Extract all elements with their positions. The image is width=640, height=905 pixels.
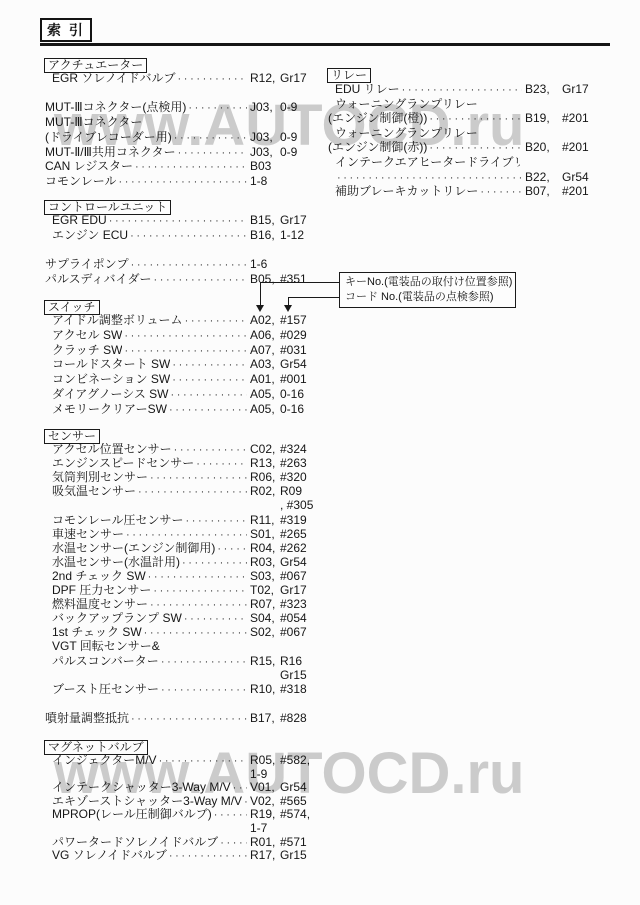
entry-label: バックアップランプ SW	[40, 612, 182, 625]
entry-key: R12,	[250, 72, 280, 85]
entry-code: 0-9	[280, 101, 322, 114]
entry-code: #323	[280, 598, 322, 611]
entry-code: Gr17	[280, 584, 322, 597]
entry-key: A02,	[250, 314, 280, 327]
entry-code: #067	[280, 570, 322, 583]
index-row: アクセル SWA06,#029	[40, 329, 322, 342]
index-row: 2nd チェック SWS03,#067	[40, 570, 322, 583]
entry-key: R02,	[250, 485, 280, 498]
index-row: エキゾーストシャッター3-Way M/VV02,#565	[40, 795, 322, 808]
leader-dots	[135, 161, 247, 173]
entry-key: A05,	[250, 388, 280, 401]
entry-key: B22,	[525, 171, 562, 184]
entry-code: #031	[280, 344, 322, 357]
entry-code: Gr17	[562, 83, 595, 96]
section-title: コントロールユニット	[44, 200, 171, 215]
leader-dots	[159, 755, 247, 767]
arrow-down-icon	[256, 305, 264, 312]
index-row: EGR ソレノイドバルブR12,Gr17	[40, 72, 322, 85]
leader-dots	[161, 656, 247, 668]
entry-code: #318	[280, 683, 322, 696]
entry-key: 1-7	[250, 822, 280, 835]
entry-code: R16	[280, 655, 322, 668]
entry-key: B20,	[525, 141, 562, 154]
entry-label: 補助ブレーキカットリレー	[323, 185, 478, 198]
leader-dots	[429, 113, 522, 125]
entry-key: B07,	[525, 185, 562, 198]
entry-code: 0-9	[280, 146, 322, 159]
index-row: バックアップランプ SWS04,#054	[40, 612, 322, 625]
leader-dots	[150, 599, 247, 611]
entry-code: #201	[562, 185, 595, 198]
entry-key: A03,	[250, 358, 280, 371]
index-row: 水温センサー(エンジン制御用)R04,#262	[40, 542, 322, 555]
entry-label: コンビネーション SW	[40, 373, 170, 386]
leader-dots	[126, 529, 247, 541]
index-row: 補助ブレーキカットリレーB07,#201	[323, 185, 595, 198]
entry-code: Gr15	[280, 669, 322, 682]
index-row: インジェクターM/VR05,#582,	[40, 754, 322, 767]
entry-key: 1-9	[250, 768, 280, 781]
index-row: 吸気温センサーR02,R09	[40, 485, 322, 498]
entry-code: #201	[562, 112, 595, 125]
leader-dots	[480, 186, 522, 198]
entry-label: メモリークリアーSW	[40, 403, 167, 416]
entry-code: #201	[562, 141, 595, 154]
index-row: コンビネーション SWA01,#001	[40, 373, 322, 386]
leader-dots	[337, 172, 522, 184]
index-row: EGR EDUB15,Gr17	[40, 214, 322, 227]
leader-dots	[178, 73, 247, 85]
index-row: パルスディバイダーB05,#351	[40, 273, 322, 286]
entry-key: R15,	[250, 655, 280, 668]
leader-dots	[172, 374, 247, 386]
entry-label: パルスディバイダー	[40, 273, 151, 286]
leader-dots	[174, 132, 247, 144]
entry-code: 0-16	[280, 403, 322, 416]
entry-label: ブースト圧センサー	[40, 683, 159, 696]
entry-label: MUT-Ⅲコネクター	[40, 116, 142, 129]
entry-code: #582,	[280, 754, 322, 767]
entry-key: R10,	[250, 683, 280, 696]
entry-key: R19,	[250, 808, 280, 821]
entry-label: 噴射量調整抵抗	[40, 712, 129, 725]
entry-key: S04,	[250, 612, 280, 625]
index-row: 水温センサー(水温計用)R03,Gr54	[40, 556, 322, 569]
left-column: アクチュエーターEGR ソレノイドバルブR12,Gr17MUT-Ⅲコネクター(点…	[40, 0, 322, 905]
entry-key: S03,	[250, 570, 280, 583]
index-row: 車速センサーS01,#265	[40, 528, 322, 541]
entry-label: (エンジン制御(赤))	[323, 141, 427, 154]
entry-label: ウォーニングランプリレー	[323, 127, 478, 140]
index-row: クラッチ SWA07,#031	[40, 344, 322, 357]
entry-key: R06,	[250, 471, 280, 484]
entry-key: S02,	[250, 626, 280, 639]
entry-label: VGT 回転センサー&	[40, 640, 160, 653]
entry-code: #565	[280, 795, 322, 808]
entry-key: B15,	[250, 214, 280, 227]
leader-dots	[233, 782, 247, 794]
leader-dots	[174, 444, 247, 456]
entry-key: J03,	[250, 131, 280, 144]
entry-key: A07,	[250, 344, 280, 357]
entry-label: ウォーニングランプリレー	[323, 98, 478, 111]
entry-key: R04,	[250, 542, 280, 555]
entry-label: インジェクターM/V	[40, 754, 157, 767]
index-row: EDU リレーB23,Gr17	[323, 83, 595, 96]
entry-code: #351	[280, 273, 322, 286]
entry-key: R07,	[250, 598, 280, 611]
entry-code: #157	[280, 314, 322, 327]
section-title: アクチュエーター	[44, 58, 147, 73]
entry-code: #320	[280, 471, 322, 484]
entry-key: V02,	[250, 795, 280, 808]
entry-key: R03,	[250, 556, 280, 569]
arrow-down-icon	[284, 305, 292, 312]
index-row: 1st チェック SWS02,#067	[40, 626, 322, 639]
leader-dots	[109, 215, 247, 227]
entry-key: A05,	[250, 403, 280, 416]
leader-dots	[182, 557, 247, 569]
callout-box: キーNo.(電装品の取付け位置参照) コード No.(電装品の点検参照)	[339, 272, 516, 308]
entry-code: Gr54	[562, 171, 595, 184]
entry-key: T02,	[250, 584, 280, 597]
entry-label: (ドライブレコーダー用)	[40, 131, 172, 144]
entry-key: R11,	[250, 514, 280, 527]
callout-line-key: キーNo.(電装品の取付け位置参照)	[345, 275, 510, 290]
index-row: (ドライブレコーダー用)J03,0-9	[40, 131, 322, 144]
entry-code: , #305	[280, 499, 322, 512]
index-row: コモンレール1-8	[40, 175, 322, 188]
index-row: エンジンスピードセンサーR13,#263	[40, 457, 322, 470]
entry-key: B19,	[525, 112, 562, 125]
callout-line-code: コード No.(電装品の点検参照)	[345, 290, 510, 305]
index-row: アクセル位置センサーC02,#324	[40, 443, 322, 456]
entry-key: B03	[250, 160, 280, 173]
entry-label: インテークシャッター3-Way M/V	[40, 781, 231, 794]
entry-label: 2nd チェック SW	[40, 570, 146, 583]
index-row: パワータードソレノイドバルブR01,#571	[40, 836, 322, 849]
entry-label: アクセル位置センサー	[40, 443, 172, 456]
entry-label: CAN レジスター	[40, 160, 133, 173]
entry-label: エンジン ECU	[40, 229, 128, 242]
leader-dots	[144, 627, 247, 639]
entry-label: アクセル SW	[40, 329, 122, 342]
entry-code: #319	[280, 514, 322, 527]
entry-key: R05,	[250, 754, 280, 767]
entry-label: パルスコンバーター	[40, 655, 159, 668]
entry-code: #067	[280, 626, 322, 639]
section-title: リレー	[327, 68, 371, 83]
index-row: MUT-Ⅱ/Ⅲ共用コネクターJ03,0-9	[40, 146, 322, 159]
entry-label: コールドスタート SW	[40, 358, 170, 371]
entry-label: 水温センサー(エンジン制御用)	[40, 542, 215, 555]
index-row: ダイアグノーシス SWA05,0-16	[40, 388, 322, 401]
index-row: MUT-Ⅲコネクター(点検用)J03,0-9	[40, 101, 322, 114]
entry-label: サプライポンプ	[40, 258, 129, 271]
index-row: (エンジン制御(赤))B20,#201	[323, 141, 595, 154]
index-row: 1-7	[40, 822, 322, 835]
entry-label: 燃料温度センサー	[40, 598, 148, 611]
entry-label: エンジンスピードセンサー	[40, 457, 194, 470]
entry-label: 気筒判別センサー	[40, 471, 148, 484]
entry-label: クラッチ SW	[40, 344, 122, 357]
entry-code: 0-16	[280, 388, 322, 401]
index-row: アイドル調整ボリュームA02,#157	[40, 314, 322, 327]
entry-label: MUT-Ⅲコネクター(点検用)	[40, 101, 186, 114]
index-row: インテークシャッター3-Way M/VV01,Gr54	[40, 781, 322, 794]
entry-key: B23,	[525, 83, 562, 96]
leader-dots	[171, 389, 247, 401]
leader-dots	[169, 404, 247, 416]
index-row: コモンレール圧センサーR11,#319	[40, 514, 322, 527]
entry-label: 1st チェック SW	[40, 626, 142, 639]
leader-dots	[131, 259, 247, 271]
index-row: ウォーニングランプリレー	[323, 98, 595, 111]
entry-label: (エンジン制御(橙))	[323, 112, 427, 125]
entry-label: VG ソレノイドバルブ	[40, 849, 167, 862]
entry-label: 車速センサー	[40, 528, 124, 541]
entry-code: Gr17	[280, 214, 322, 227]
index-row: Gr15	[40, 669, 322, 682]
entry-label: MPROP(レール圧制御バルブ)	[40, 808, 212, 821]
entry-label: アイドル調整ボリューム	[40, 314, 183, 327]
index-row: パルスコンバーターR15,R16	[40, 655, 322, 668]
callout-connector-line	[260, 282, 339, 283]
entry-code: #054	[280, 612, 322, 625]
index-row: サプライポンプ1-6	[40, 258, 322, 271]
entry-label: MUT-Ⅱ/Ⅲ共用コネクター	[40, 146, 176, 159]
entry-label: エキゾーストシャッター3-Way M/V	[40, 795, 242, 808]
entry-key: J03,	[250, 146, 280, 159]
entry-code: #828	[280, 712, 322, 725]
entry-key: V01,	[250, 781, 280, 794]
leader-dots	[138, 486, 247, 498]
leader-dots	[185, 315, 247, 327]
entry-label: ダイアグノーシス SW	[40, 388, 169, 401]
index-row: , #305	[40, 499, 322, 512]
leader-dots	[178, 147, 247, 159]
entry-code: 0-9	[280, 131, 322, 144]
leader-dots	[214, 809, 247, 821]
leader-dots	[131, 713, 247, 725]
index-row: インテークエアヒータードライブリレー	[323, 156, 595, 169]
entry-code: #001	[280, 373, 322, 386]
section-title: スイッチ	[44, 300, 100, 315]
entry-label: EGR ソレノイドバルブ	[40, 72, 176, 85]
entry-key: R01,	[250, 836, 280, 849]
callout-connector-line	[288, 297, 339, 298]
index-row: B22,Gr54	[323, 171, 595, 184]
entry-key: A01,	[250, 373, 280, 386]
leader-dots	[188, 102, 247, 114]
entry-code: R09	[280, 485, 322, 498]
entry-code: #324	[280, 443, 322, 456]
entry-code: Gr17	[280, 72, 322, 85]
leader-dots	[161, 684, 247, 696]
leader-dots	[169, 850, 247, 862]
entry-key: C02,	[250, 443, 280, 456]
callout-connector-line	[260, 282, 261, 306]
index-row: ブースト圧センサーR10,#318	[40, 683, 322, 696]
entry-key: J03,	[250, 101, 280, 114]
entry-label: インテークエアヒータードライブリレー	[323, 156, 520, 169]
section-title: センサー	[44, 429, 100, 444]
leader-dots	[244, 796, 247, 808]
leader-dots	[429, 142, 522, 154]
leader-dots	[217, 543, 247, 555]
index-row: エンジン ECUB16,1-12	[40, 229, 322, 242]
entry-key: R13,	[250, 457, 280, 470]
entry-label: DPF 圧力センサー	[40, 584, 151, 597]
index-row: MPROP(レール圧制御バルブ)R19,#574,	[40, 808, 322, 821]
index-row: VGT 回転センサー&	[40, 640, 322, 653]
entry-key: R17,	[250, 849, 280, 862]
index-row: CAN レジスターB03	[40, 160, 322, 173]
page-title: 索 引	[40, 18, 92, 42]
index-row: メモリークリアーSWA05,0-16	[40, 403, 322, 416]
index-row: 気筒判別センサーR06,#320	[40, 471, 322, 484]
leader-dots	[150, 472, 247, 484]
entry-code: #574,	[280, 808, 322, 821]
entry-code: #263	[280, 457, 322, 470]
entry-label: コモンレール	[40, 175, 116, 188]
leader-dots	[184, 613, 247, 625]
entry-key: 1-6	[250, 258, 280, 271]
entry-label: 吸気温センサー	[40, 485, 136, 498]
leader-dots	[153, 274, 247, 286]
entry-key: B16,	[250, 229, 280, 242]
leader-dots	[153, 585, 247, 597]
right-column: リレーEDU リレーB23,Gr17ウォーニングランプリレー(エンジン制御(橙)…	[323, 0, 595, 905]
index-row: (エンジン制御(橙))B19,#201	[323, 112, 595, 125]
entry-key: B05,	[250, 273, 280, 286]
entry-label: EDU リレー	[323, 83, 400, 96]
leader-dots	[124, 330, 247, 342]
leader-dots	[172, 359, 247, 371]
index-row: 燃料温度センサーR07,#323	[40, 598, 322, 611]
entry-code: #265	[280, 528, 322, 541]
entry-key: 1-8	[250, 175, 280, 188]
entry-code: 1-12	[280, 229, 322, 242]
leader-dots	[130, 230, 247, 242]
entry-code: #262	[280, 542, 322, 555]
leader-dots	[185, 515, 247, 527]
entry-code: Gr15	[280, 849, 322, 862]
entry-code: Gr54	[280, 556, 322, 569]
index-row: DPF 圧力センサーT02,Gr17	[40, 584, 322, 597]
entry-label: EGR EDU	[40, 214, 107, 227]
entry-label: コモンレール圧センサー	[40, 514, 183, 527]
entry-key: A06,	[250, 329, 280, 342]
index-row: 1-9	[40, 768, 322, 781]
leader-dots	[402, 84, 522, 96]
leader-dots	[148, 571, 247, 583]
index-row: MUT-Ⅲコネクター	[40, 116, 322, 129]
entry-code: Gr54	[280, 781, 322, 794]
entry-label: パワータードソレノイドバルブ	[40, 836, 218, 849]
entry-key: S01,	[250, 528, 280, 541]
entry-code: #571	[280, 836, 322, 849]
index-row: コールドスタート SWA03,Gr54	[40, 358, 322, 371]
index-row: ウォーニングランプリレー	[323, 127, 595, 140]
section-title: マグネットバルブ	[44, 740, 148, 755]
entry-key: B17,	[250, 712, 280, 725]
leader-dots	[220, 837, 247, 849]
entry-code: #029	[280, 329, 322, 342]
leader-dots	[118, 176, 247, 188]
leader-dots	[196, 458, 247, 470]
page: { "page": { "title": "索 引", "watermark":…	[0, 0, 640, 905]
entry-code: Gr54	[280, 358, 322, 371]
index-row: VG ソレノイドバルブR17,Gr15	[40, 849, 322, 862]
entry-label: 水温センサー(水温計用)	[40, 556, 180, 569]
index-row: 噴射量調整抵抗B17,#828	[40, 712, 322, 725]
leader-dots	[124, 345, 247, 357]
